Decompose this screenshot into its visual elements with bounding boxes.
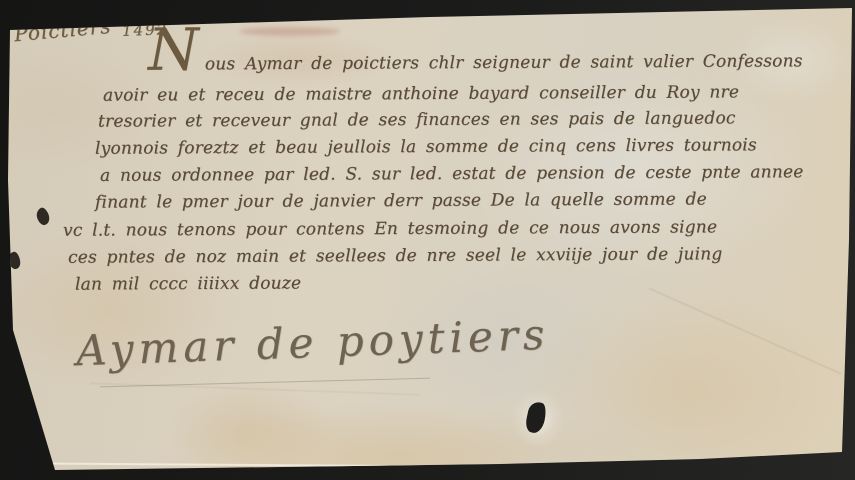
manuscript-line: vc l.t. nous tenons pour contens En tesm…: [63, 217, 717, 240]
left-edge-slit: [7, 251, 23, 271]
manuscript-line: ces pntes de noz main et seellees de nre…: [68, 244, 723, 267]
manuscript-line: avoir eu et receu de maistre anthoine ba…: [103, 82, 739, 105]
manuscript-line: lyonnois foreztz et beau jeullois la som…: [95, 135, 757, 158]
parchment-edge-highlight: [28, 462, 478, 467]
crease-line: [649, 287, 842, 374]
signature-flourish: [100, 378, 430, 388]
signature-aymar-de-poytiers: Aymar de poytiers: [75, 310, 550, 375]
archival-note-location: Poictiers: [13, 14, 112, 46]
parchment-sheet: Poictiers 1492 Nous Aymar de poictiers c…: [0, 0, 855, 480]
manuscript-line: Nous Aymar de poictiers chlr seigneur de…: [148, 31, 803, 74]
manuscript-scan: Poictiers 1492 Nous Aymar de poictiers c…: [0, 0, 855, 480]
manuscript-line: tresorier et receveur gnal de ses financ…: [98, 108, 736, 131]
manuscript-line: lan mil cccc iiiixx douze: [75, 273, 301, 294]
manuscript-line: a nous ordonnee par led. S. sur led. est…: [100, 162, 804, 186]
manuscript-line: finant le pmer jour de janvier derr pass…: [95, 189, 707, 212]
left-edge-slit: [34, 206, 53, 227]
